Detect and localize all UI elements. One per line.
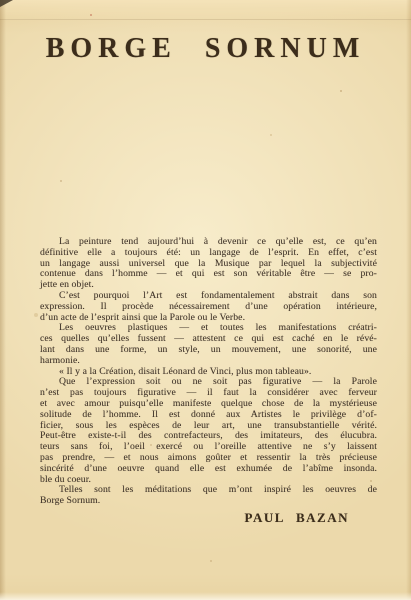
text-line: sincérité d’une oeuvre quand elle est ex… — [40, 464, 377, 475]
paragraph: Les oeuvres plastiques — et toutes les m… — [40, 323, 377, 366]
text-line: expression. Il procède nécessairement d’… — [40, 302, 377, 313]
scanned-page: BORGE SORNUM La peinture tend aujourd’hu… — [0, 0, 411, 600]
paragraph: La peinture tend aujourd’hui à devenir c… — [40, 237, 377, 291]
text-line: définitive elle a toujours été: un langa… — [40, 248, 377, 259]
text-line: lant dans une forme, un style, un mouvem… — [40, 345, 377, 356]
author-signature: PAUL BAZAN — [245, 510, 349, 526]
paragraph: Que l’expression soit ou ne soit pas fig… — [40, 377, 377, 485]
page-title: BORGE SORNUM — [0, 34, 411, 64]
text-line: Borge Sornum. — [40, 496, 377, 507]
text-line: harmonie. — [40, 356, 377, 367]
corner-fold-mark — [0, 0, 13, 7]
paper-right-edge — [406, 0, 411, 600]
text-line: solitude de l’homme. Il est donné aux Ar… — [40, 410, 377, 421]
paper-top-crease — [0, 0, 411, 20]
paragraph: Telles sont les méditations que m’ont in… — [40, 485, 377, 507]
paper-left-edge — [0, 0, 6, 600]
paper-bottom-edge — [0, 592, 411, 600]
paragraph: C’est pourquoi l’Art est fondamentalemen… — [40, 291, 377, 323]
body-text: La peinture tend aujourd’hui à devenir c… — [40, 237, 377, 507]
paper-speckles — [90, 14, 92, 16]
